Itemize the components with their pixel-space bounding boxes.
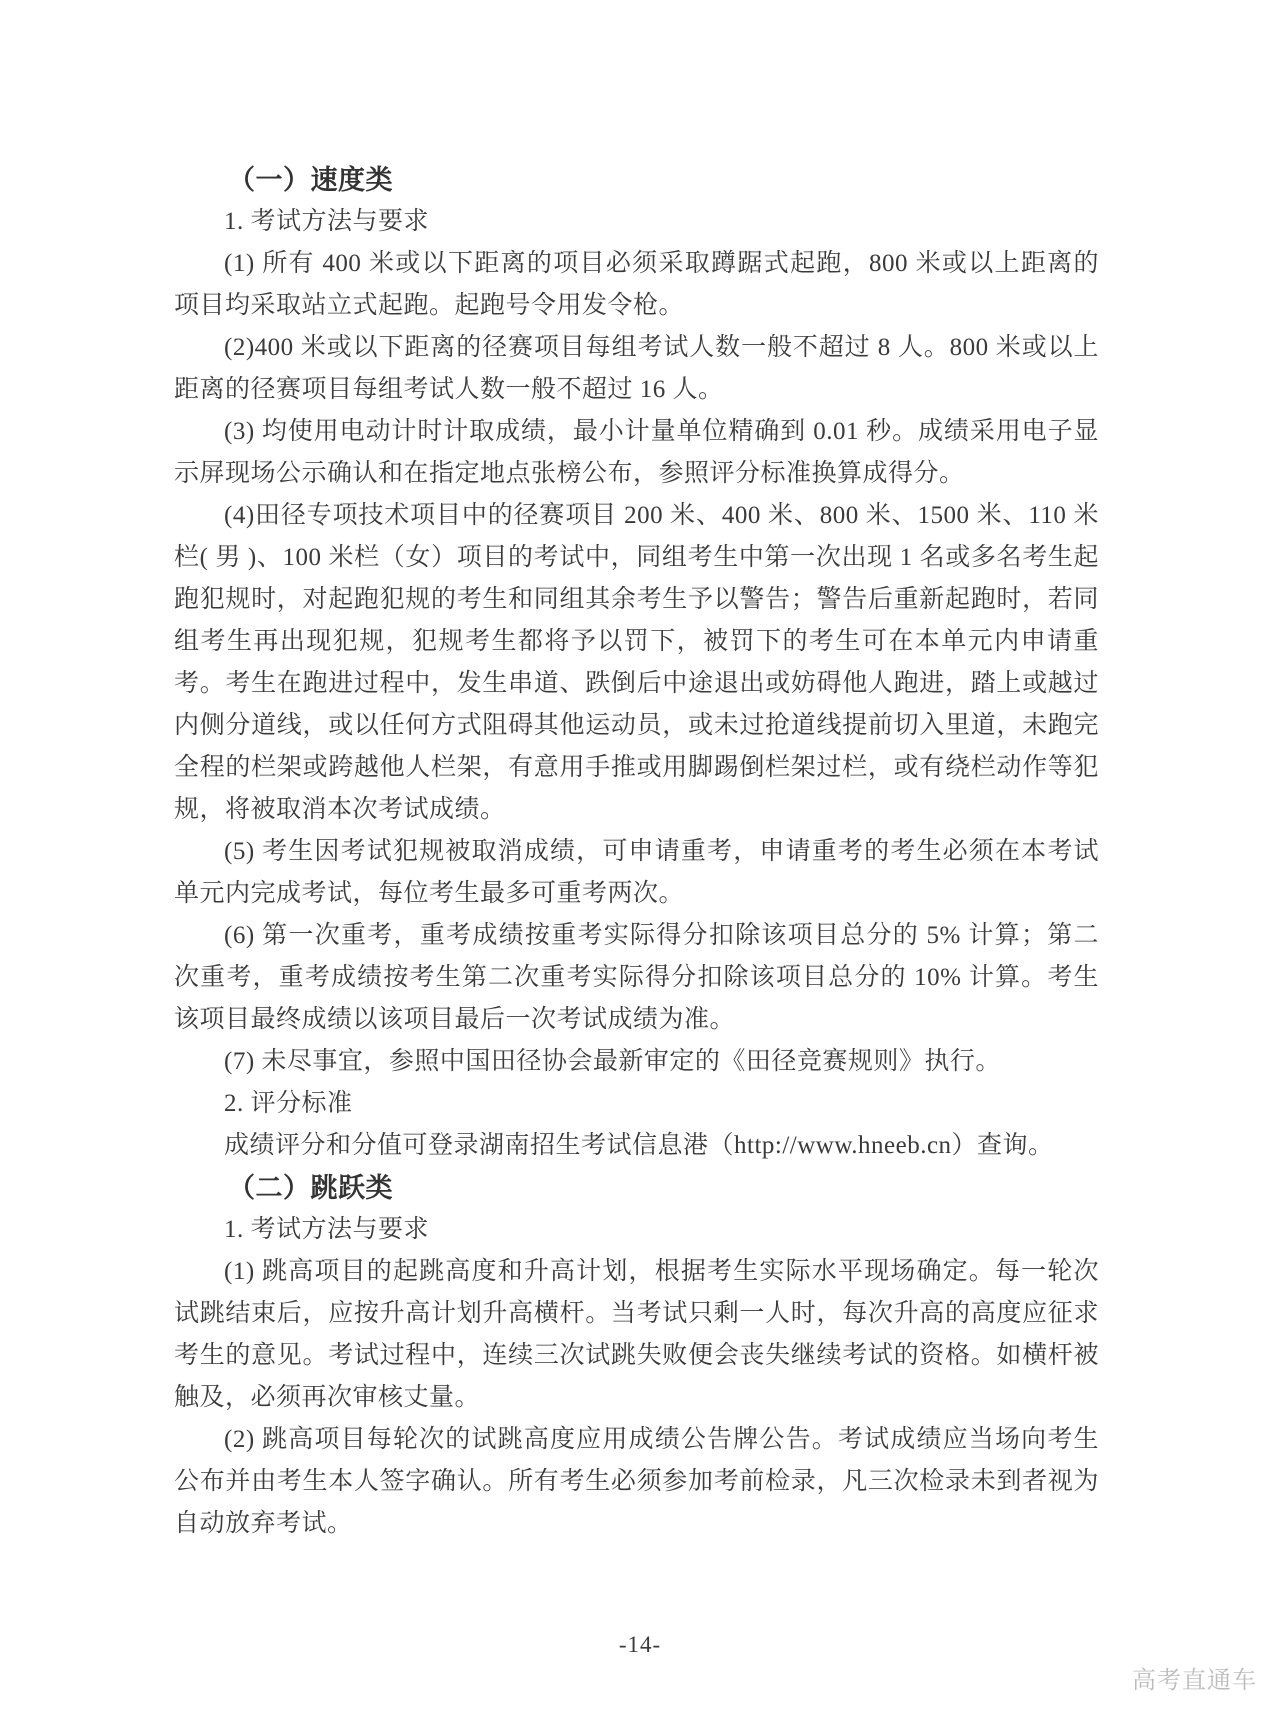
paragraph: (2)400 米或以下距离的径赛项目每组考试人数一般不超过 8 人。800 米或…: [174, 327, 1099, 411]
document-page: （一）速度类1. 考试方法与要求(1) 所有 400 米或以下距离的项目必须采取…: [0, 0, 1280, 1725]
paragraph: 2. 评分标准: [174, 1083, 1099, 1125]
paragraph: 1. 考试方法与要求: [174, 201, 1099, 243]
document-body: （一）速度类1. 考试方法与要求(1) 所有 400 米或以下距离的项目必须采取…: [174, 159, 1099, 1545]
paragraph: (2) 跳高项目每轮次的试跳高度应用成绩公告牌公告。考试成绩应当场向考生公布并由…: [174, 1419, 1099, 1545]
paragraph: (6) 第一次重考，重考成绩按重考实际得分扣除该项目总分的 5% 计算；第二次重…: [174, 915, 1099, 1041]
paragraph: (4)田径专项技术项目中的径赛项目 200 米、400 米、800 米、1500…: [174, 495, 1099, 831]
page-footer: -14-: [0, 1630, 1280, 1660]
paragraph: (5) 考生因考试犯规被取消成绩，可申请重考，申请重考的考生必须在本考试单元内完…: [174, 831, 1099, 915]
paragraph: (1) 所有 400 米或以下距离的项目必须采取蹲踞式起跑，800 米或以上距离…: [174, 243, 1099, 327]
paragraph: 成绩评分和分值可登录湖南招生考试信息港（http://www.hneeb.cn）…: [174, 1125, 1099, 1167]
section-heading: （一）速度类: [174, 159, 1099, 201]
page-number: -14-: [619, 1632, 661, 1657]
paragraph: (7) 未尽事宜，参照中国田径协会最新审定的《田径竞赛规则》执行。: [174, 1041, 1099, 1083]
section-heading: （二）跳跃类: [174, 1167, 1099, 1209]
watermark-text: 高考直通车: [1132, 1666, 1257, 1696]
paragraph: (3) 均使用电动计时计取成绩，最小计量单位精确到 0.01 秒。成绩采用电子显…: [174, 411, 1099, 495]
paragraph: (1) 跳高项目的起跳高度和升高计划，根据考生实际水平现场确定。每一轮次试跳结束…: [174, 1251, 1099, 1419]
paragraph: 1. 考试方法与要求: [174, 1209, 1099, 1251]
